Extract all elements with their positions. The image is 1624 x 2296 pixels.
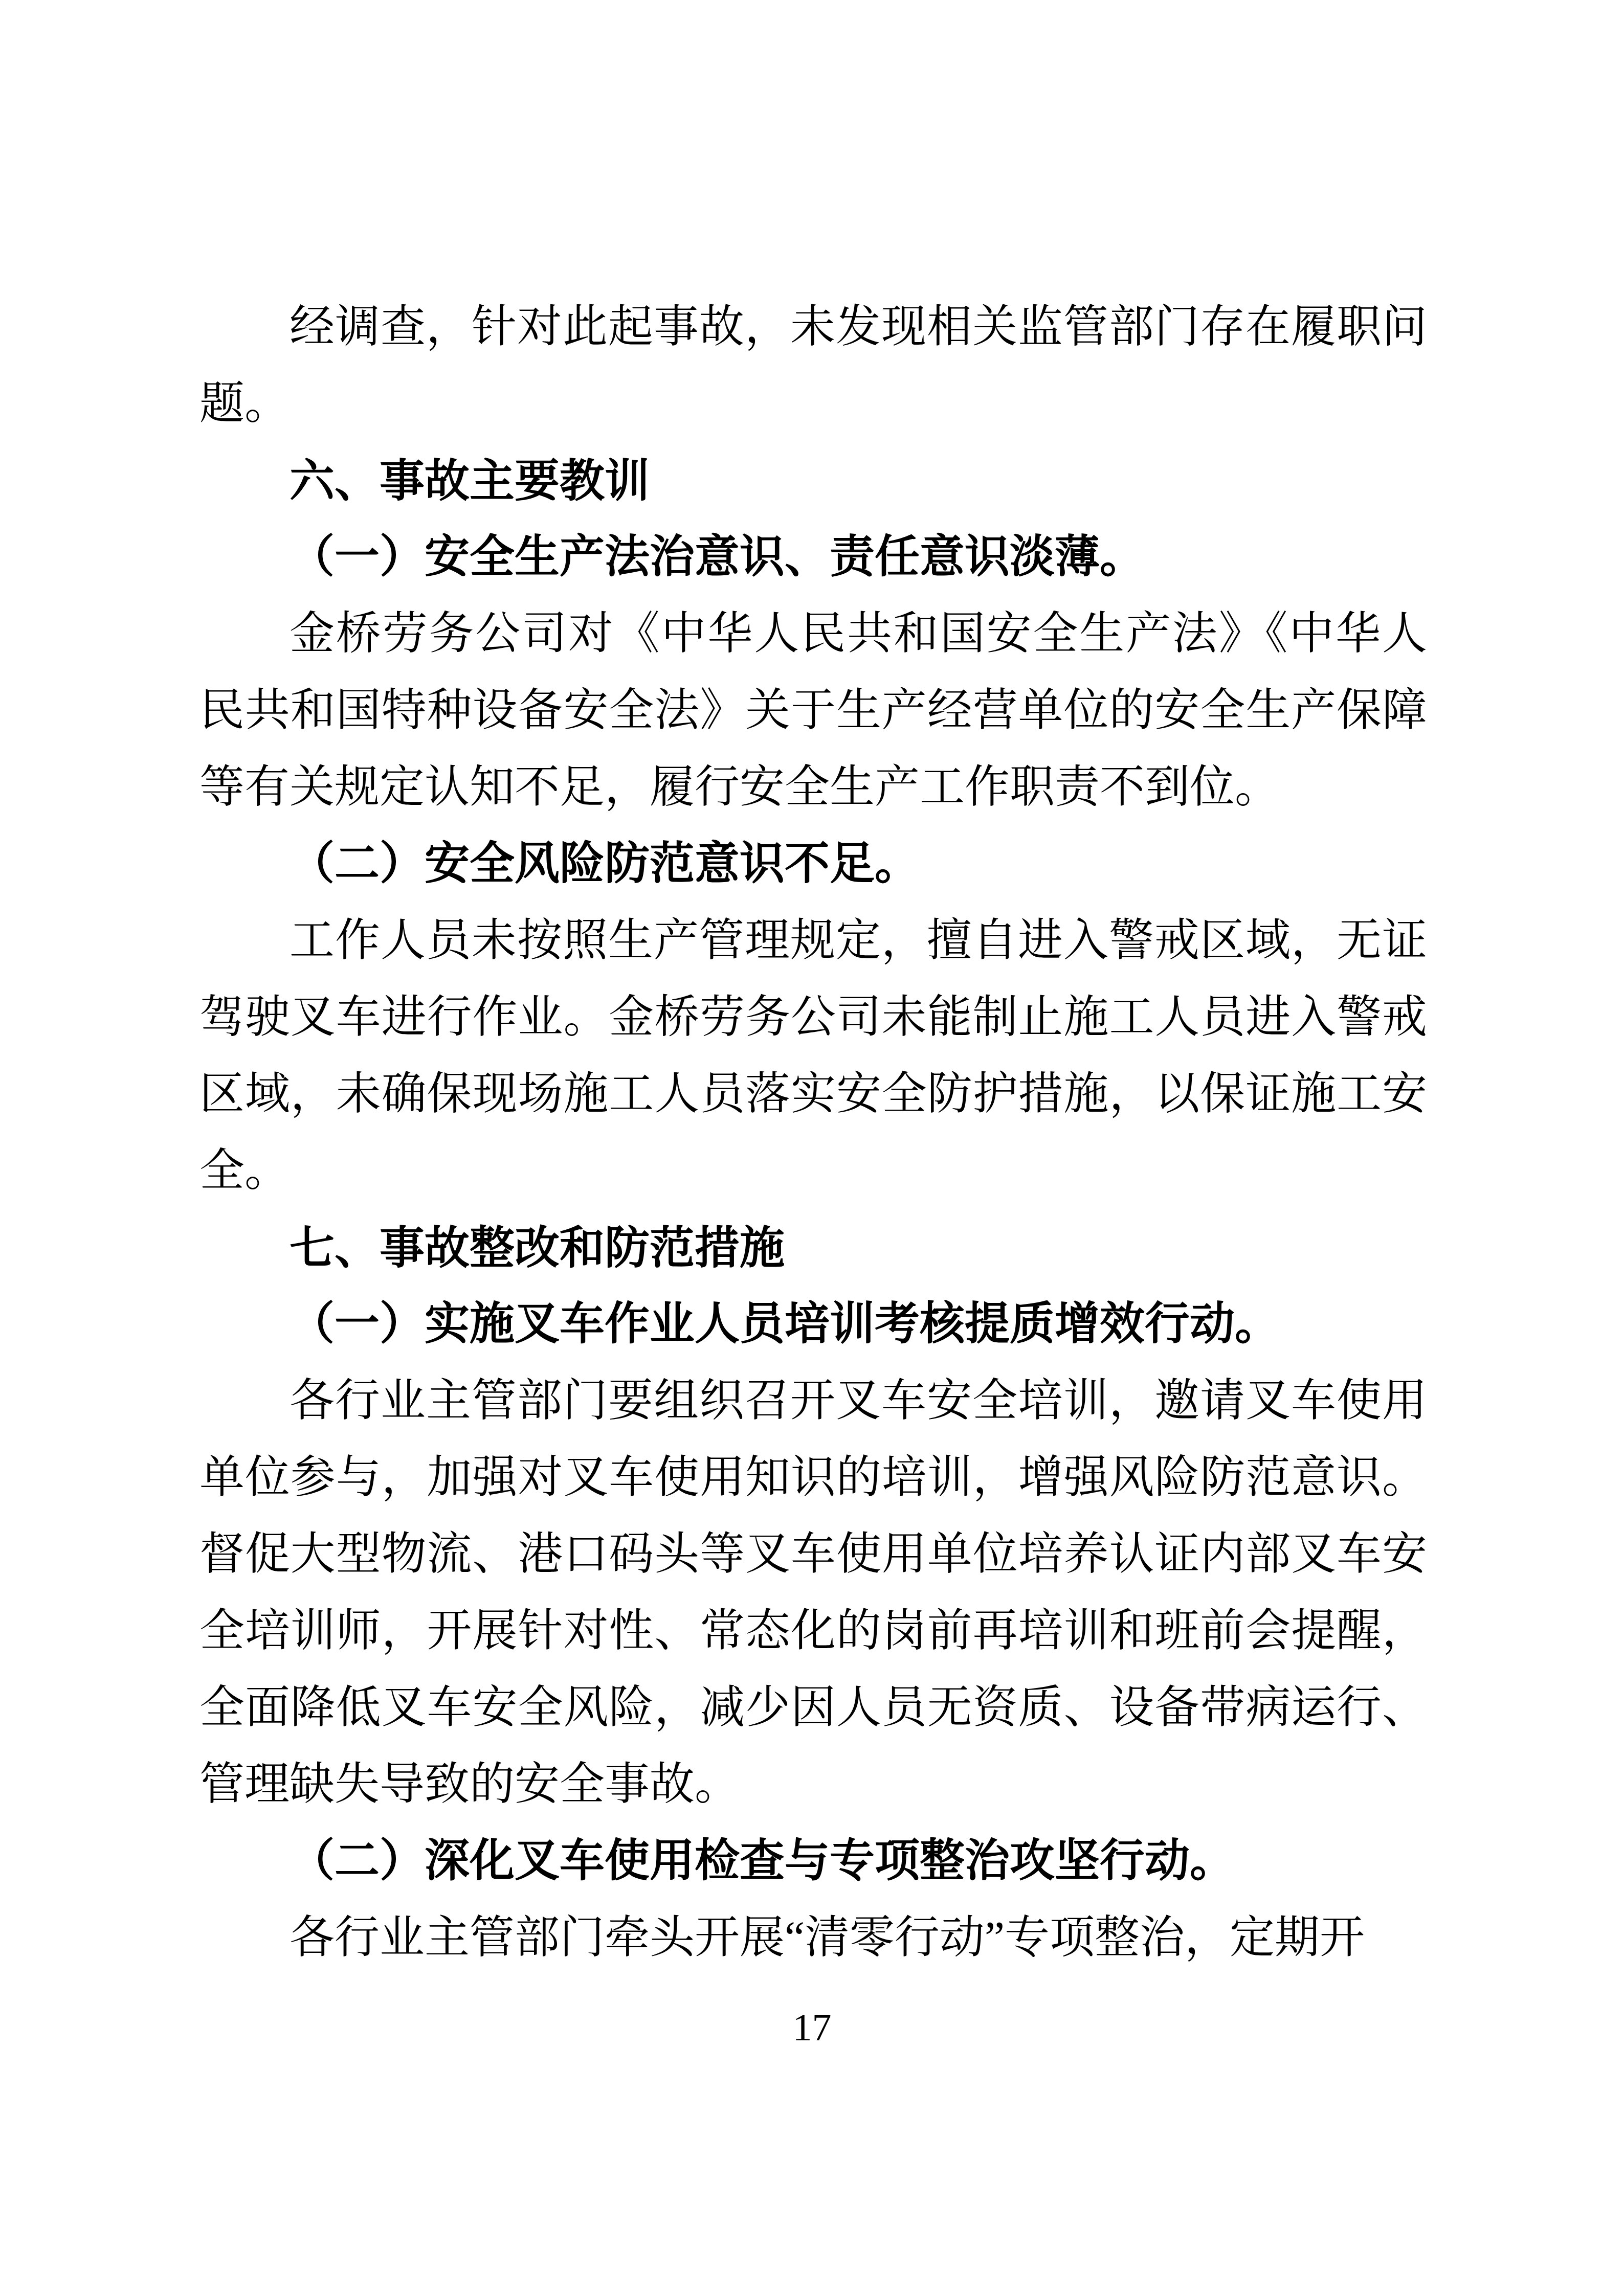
body-paragraph-jinqiao-law-awareness: 金桥劳务公司对《中华人民共和国安全生产法》《中华人民共和国特种设备安全法》关于生… [199,596,1427,826]
body-paragraph-training-measures: 各行业主管部门要组织召开叉车安全培训，邀请叉车使用单位参与，加强对叉车使用知识的… [199,1363,1427,1823]
document-body: 经调查，针对此起事故，未发现相关监管部门存在履职问题。 六、事故主要教训 （一）… [199,289,1427,1976]
page-footer: 17 [0,2002,1624,2053]
body-paragraph-worker-violation: 工作人员未按照生产管理规定，擅自进入警戒区域，无证驾驶叉车进行作业。金桥劳务公司… [199,903,1427,1209]
subsection-heading-insufficient-risk-awareness: （二）安全风险防范意识不足。 [199,826,1427,903]
body-paragraph-zeroing-action: 各行业主管部门牵头开展“清零行动”专项整治，定期开 [199,1900,1427,1976]
subsection-heading-weak-legal-awareness: （一）安全生产法治意识、责任意识淡薄。 [199,519,1427,596]
subsection-heading-forklift-training-action: （一）实施叉车作业人员培训考核提质增效行动。 [199,1286,1427,1363]
page-number: 17 [793,2002,832,2053]
section-heading-six-accident-lessons: 六、事故主要教训 [199,442,1427,519]
section-heading-seven-rectification-measures: 七、事故整改和防范措施 [199,1209,1427,1286]
subsection-heading-inspection-campaign-action: （二）深化叉车使用检查与专项整治攻坚行动。 [199,1823,1427,1900]
document-page: 经调查，针对此起事故，未发现相关监管部门存在履职问题。 六、事故主要教训 （一）… [0,0,1624,2296]
body-paragraph-supervision-finding: 经调查，针对此起事故，未发现相关监管部门存在履职问题。 [199,289,1427,442]
